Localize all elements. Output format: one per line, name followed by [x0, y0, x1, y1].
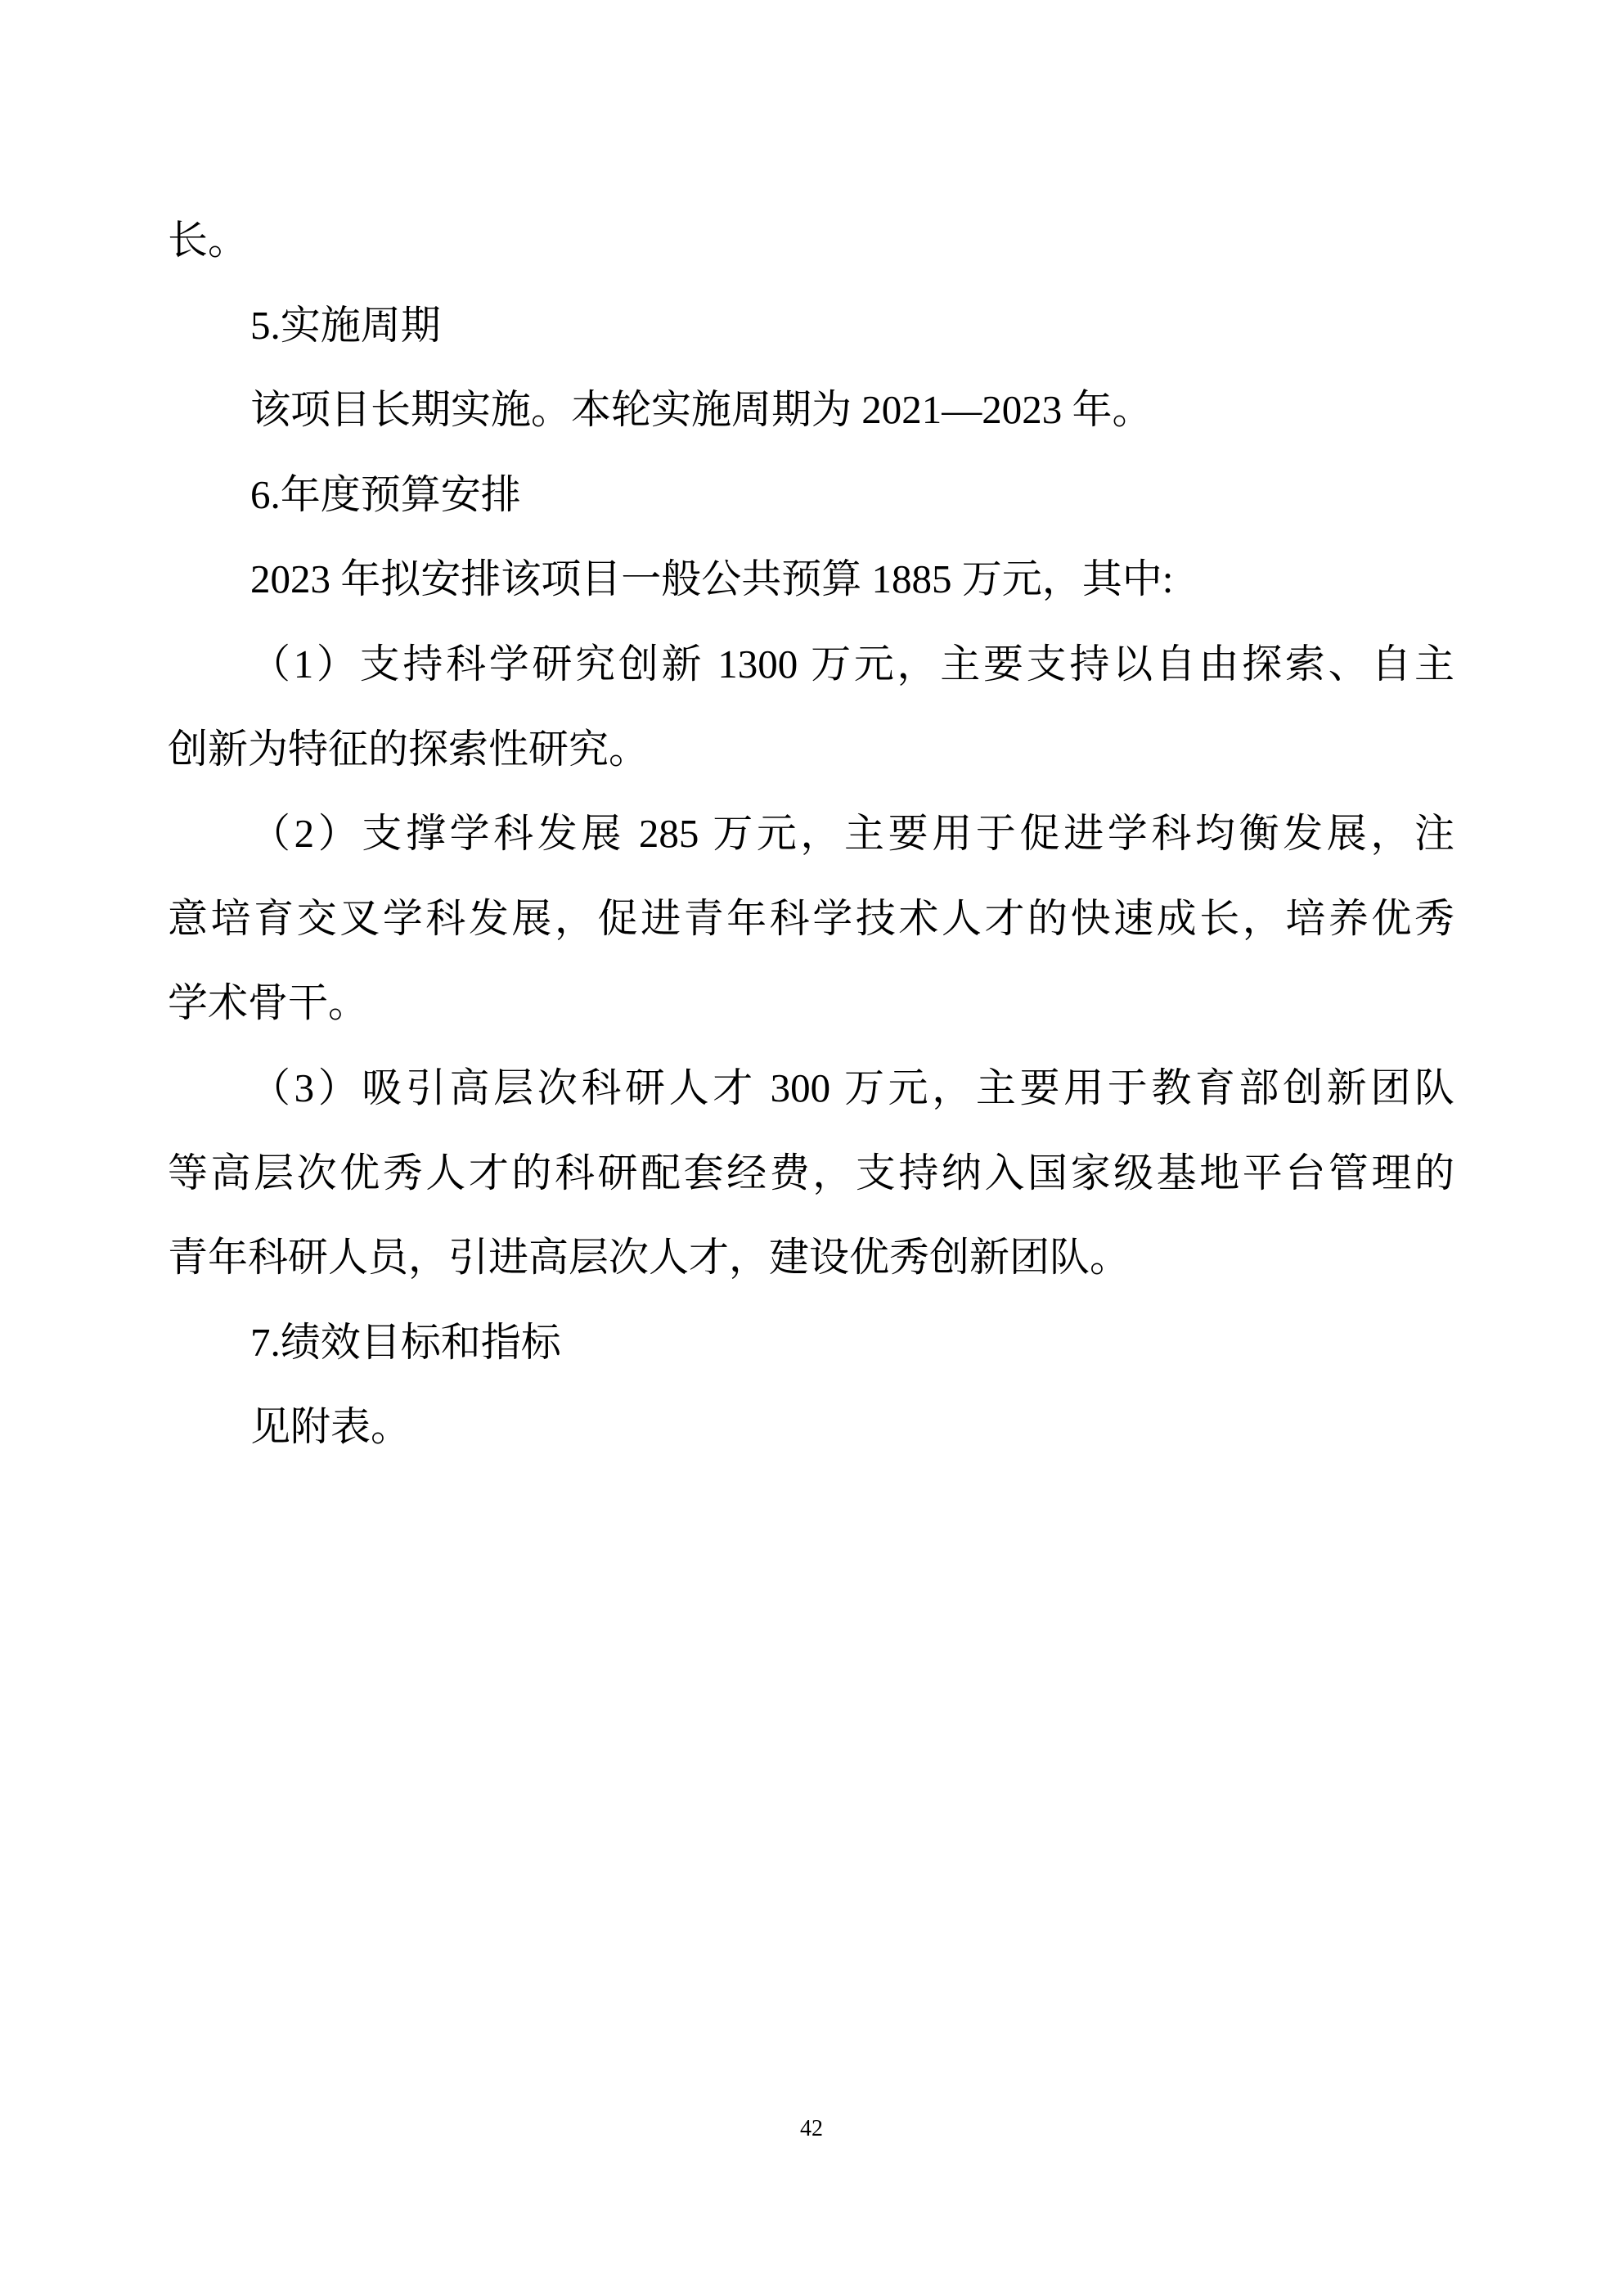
paragraph-implementation-period: 该项目长期实施。本轮实施周期为 2021—2023 年。 [250, 367, 1153, 452]
paragraph-item-2-line-3: 学术骨干。 [168, 961, 368, 1046]
paragraph-see-appendix: 见附表。 [250, 1384, 411, 1470]
section-heading-implementation-period: 5.实施周期 [250, 283, 441, 368]
paragraph-item-3-line-3: 青年科研人员，引进高层次人才，建设优秀创新团队。 [168, 1215, 1130, 1300]
section-heading-annual-budget: 6.年度预算安排 [250, 452, 521, 538]
paragraph-budget-total: 2023 年拟安排该项目一般公共预算 1885 万元，其中: [250, 537, 1173, 622]
paragraph-item-1-line-2: 创新为特征的探索性研究。 [168, 707, 649, 792]
paragraph-item-2-line-1: （2）支撑学科发展 285 万元，主要用于促进学科均衡发展，注 [250, 791, 1454, 876]
paragraph-item-3-line-2: 等高层次优秀人才的科研配套经费，支持纳入国家级基地平台管理的 [168, 1131, 1454, 1216]
text-line-continuation: 长。 [168, 198, 248, 283]
paragraph-item-3-line-1: （3）吸引高层次科研人才 300 万元，主要用于教育部创新团队 [250, 1046, 1454, 1131]
paragraph-item-1-line-1: （1）支持科学研究创新 1300 万元，主要支持以自由探索、自主 [250, 622, 1454, 707]
paragraph-item-2-line-2: 意培育交叉学科发展，促进青年科学技术人才的快速成长，培养优秀 [168, 876, 1454, 961]
document-page: 长。 5.实施周期 该项目长期实施。本轮实施周期为 2021—2023 年。 6… [0, 0, 1623, 2296]
page-number: 42 [0, 2113, 1623, 2145]
section-heading-performance-goals: 7.绩效目标和指标 [250, 1300, 561, 1385]
